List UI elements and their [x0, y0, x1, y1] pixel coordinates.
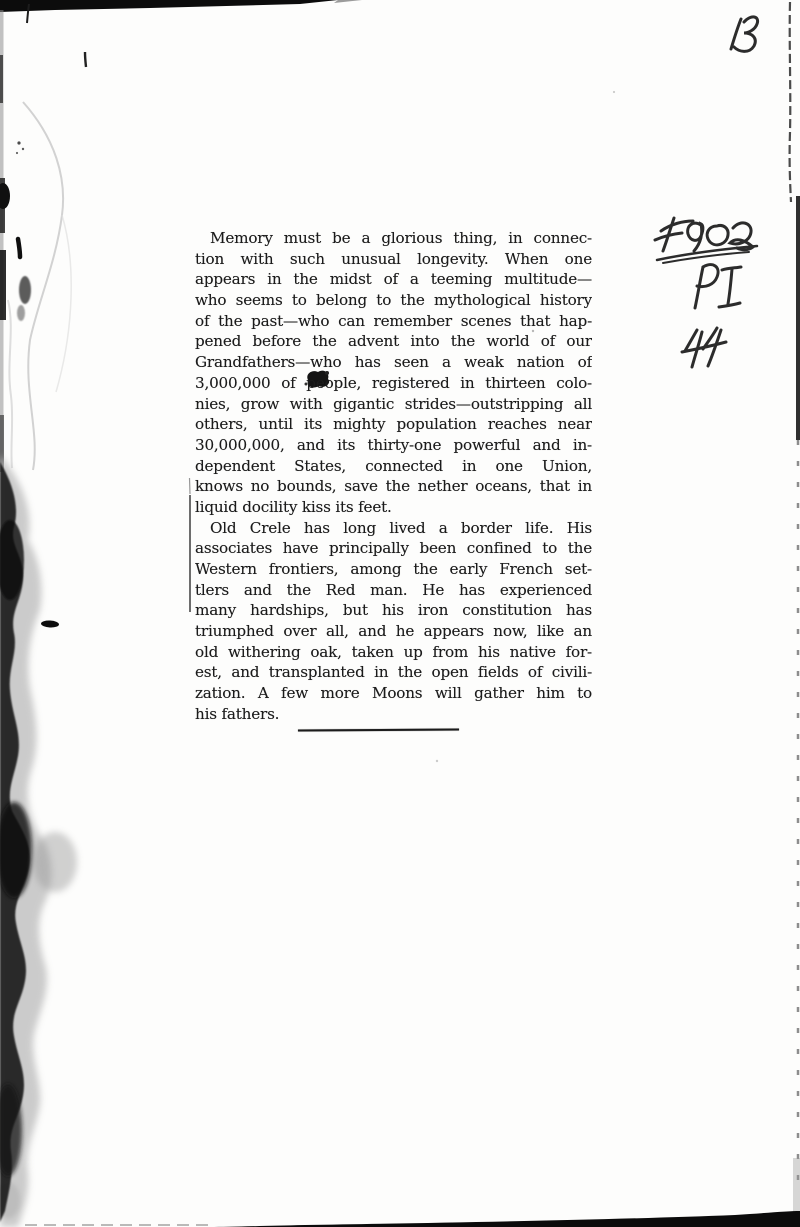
scan-corner-shade: [793, 1158, 800, 1213]
scan-edge-left-lower: [0, 455, 77, 1227]
text-line: Memory must be a glorious thing, in conn…: [195, 228, 592, 249]
handwritten-call-number: [655, 218, 757, 263]
paper-wrinkles: [8, 102, 71, 470]
text-line: Old Crele has long lived a border life. …: [195, 518, 592, 539]
handwritten-note-44: [682, 328, 726, 367]
body-text: Memory must be a glorious thing, in conn…: [195, 228, 592, 725]
scan-edge-top: [0, 0, 338, 12]
scan-edge-left-upper: [0, 4, 86, 472]
text-line: nies, grow with gigantic strides—outstri…: [195, 394, 592, 415]
scan-edge-right: [796, 196, 800, 440]
text-line: Western frontiers, among the early Frenc…: [195, 559, 592, 580]
text-line: tion with such unusual longevity. When o…: [195, 249, 592, 270]
scan-edge-bottom: [210, 1211, 800, 1227]
scan-smudge: [0, 1182, 20, 1218]
handwritten-note-pi: [695, 265, 741, 308]
text-line: 3,000,000 of people, registered in thirt…: [195, 373, 592, 394]
text-line: of the past—who can remember scenes that…: [195, 311, 592, 332]
text-line: old withering oak, taken up from his nat…: [195, 642, 592, 663]
section-divider-rule: [298, 728, 459, 731]
text-line: many hardships, but his iron constitutio…: [195, 600, 592, 621]
scan-streak-right-top: [790, 2, 791, 202]
text-line: others, until its mighty population reac…: [195, 414, 592, 435]
text-line: Grandfathers—who has seen a weak nation …: [195, 352, 592, 373]
scan-edge-top-fade: [334, 0, 362, 3]
text-line: dependent States, connected in one Union…: [195, 456, 592, 477]
text-line: pened before the advent into the world o…: [195, 331, 592, 352]
text-line: who seems to belong to the mythological …: [195, 290, 592, 311]
text-line: zation. A few more Moons will gather him…: [195, 683, 592, 704]
text-line: est, and transplanted in the open fields…: [195, 662, 592, 683]
margin-line: [190, 478, 191, 612]
text-line: associates have principally been confine…: [195, 538, 592, 559]
text-line: knows no bounds, save the nether oceans,…: [195, 476, 592, 497]
text-line: liquid docility kiss its feet.: [195, 497, 592, 518]
text-line: tlers and the Red man. He has experience…: [195, 580, 592, 601]
text-line: appears in the midst of a teeming multit…: [195, 269, 592, 290]
text-line: 30,000,000, and its thirty-one powerful …: [195, 435, 592, 456]
text-line: triumphed over all, and he appears now, …: [195, 621, 592, 642]
scanned-page: Memory must be a glorious thing, in conn…: [0, 0, 800, 1227]
text-line: his fathers.: [195, 704, 592, 725]
handwritten-page-number: [731, 17, 758, 51]
